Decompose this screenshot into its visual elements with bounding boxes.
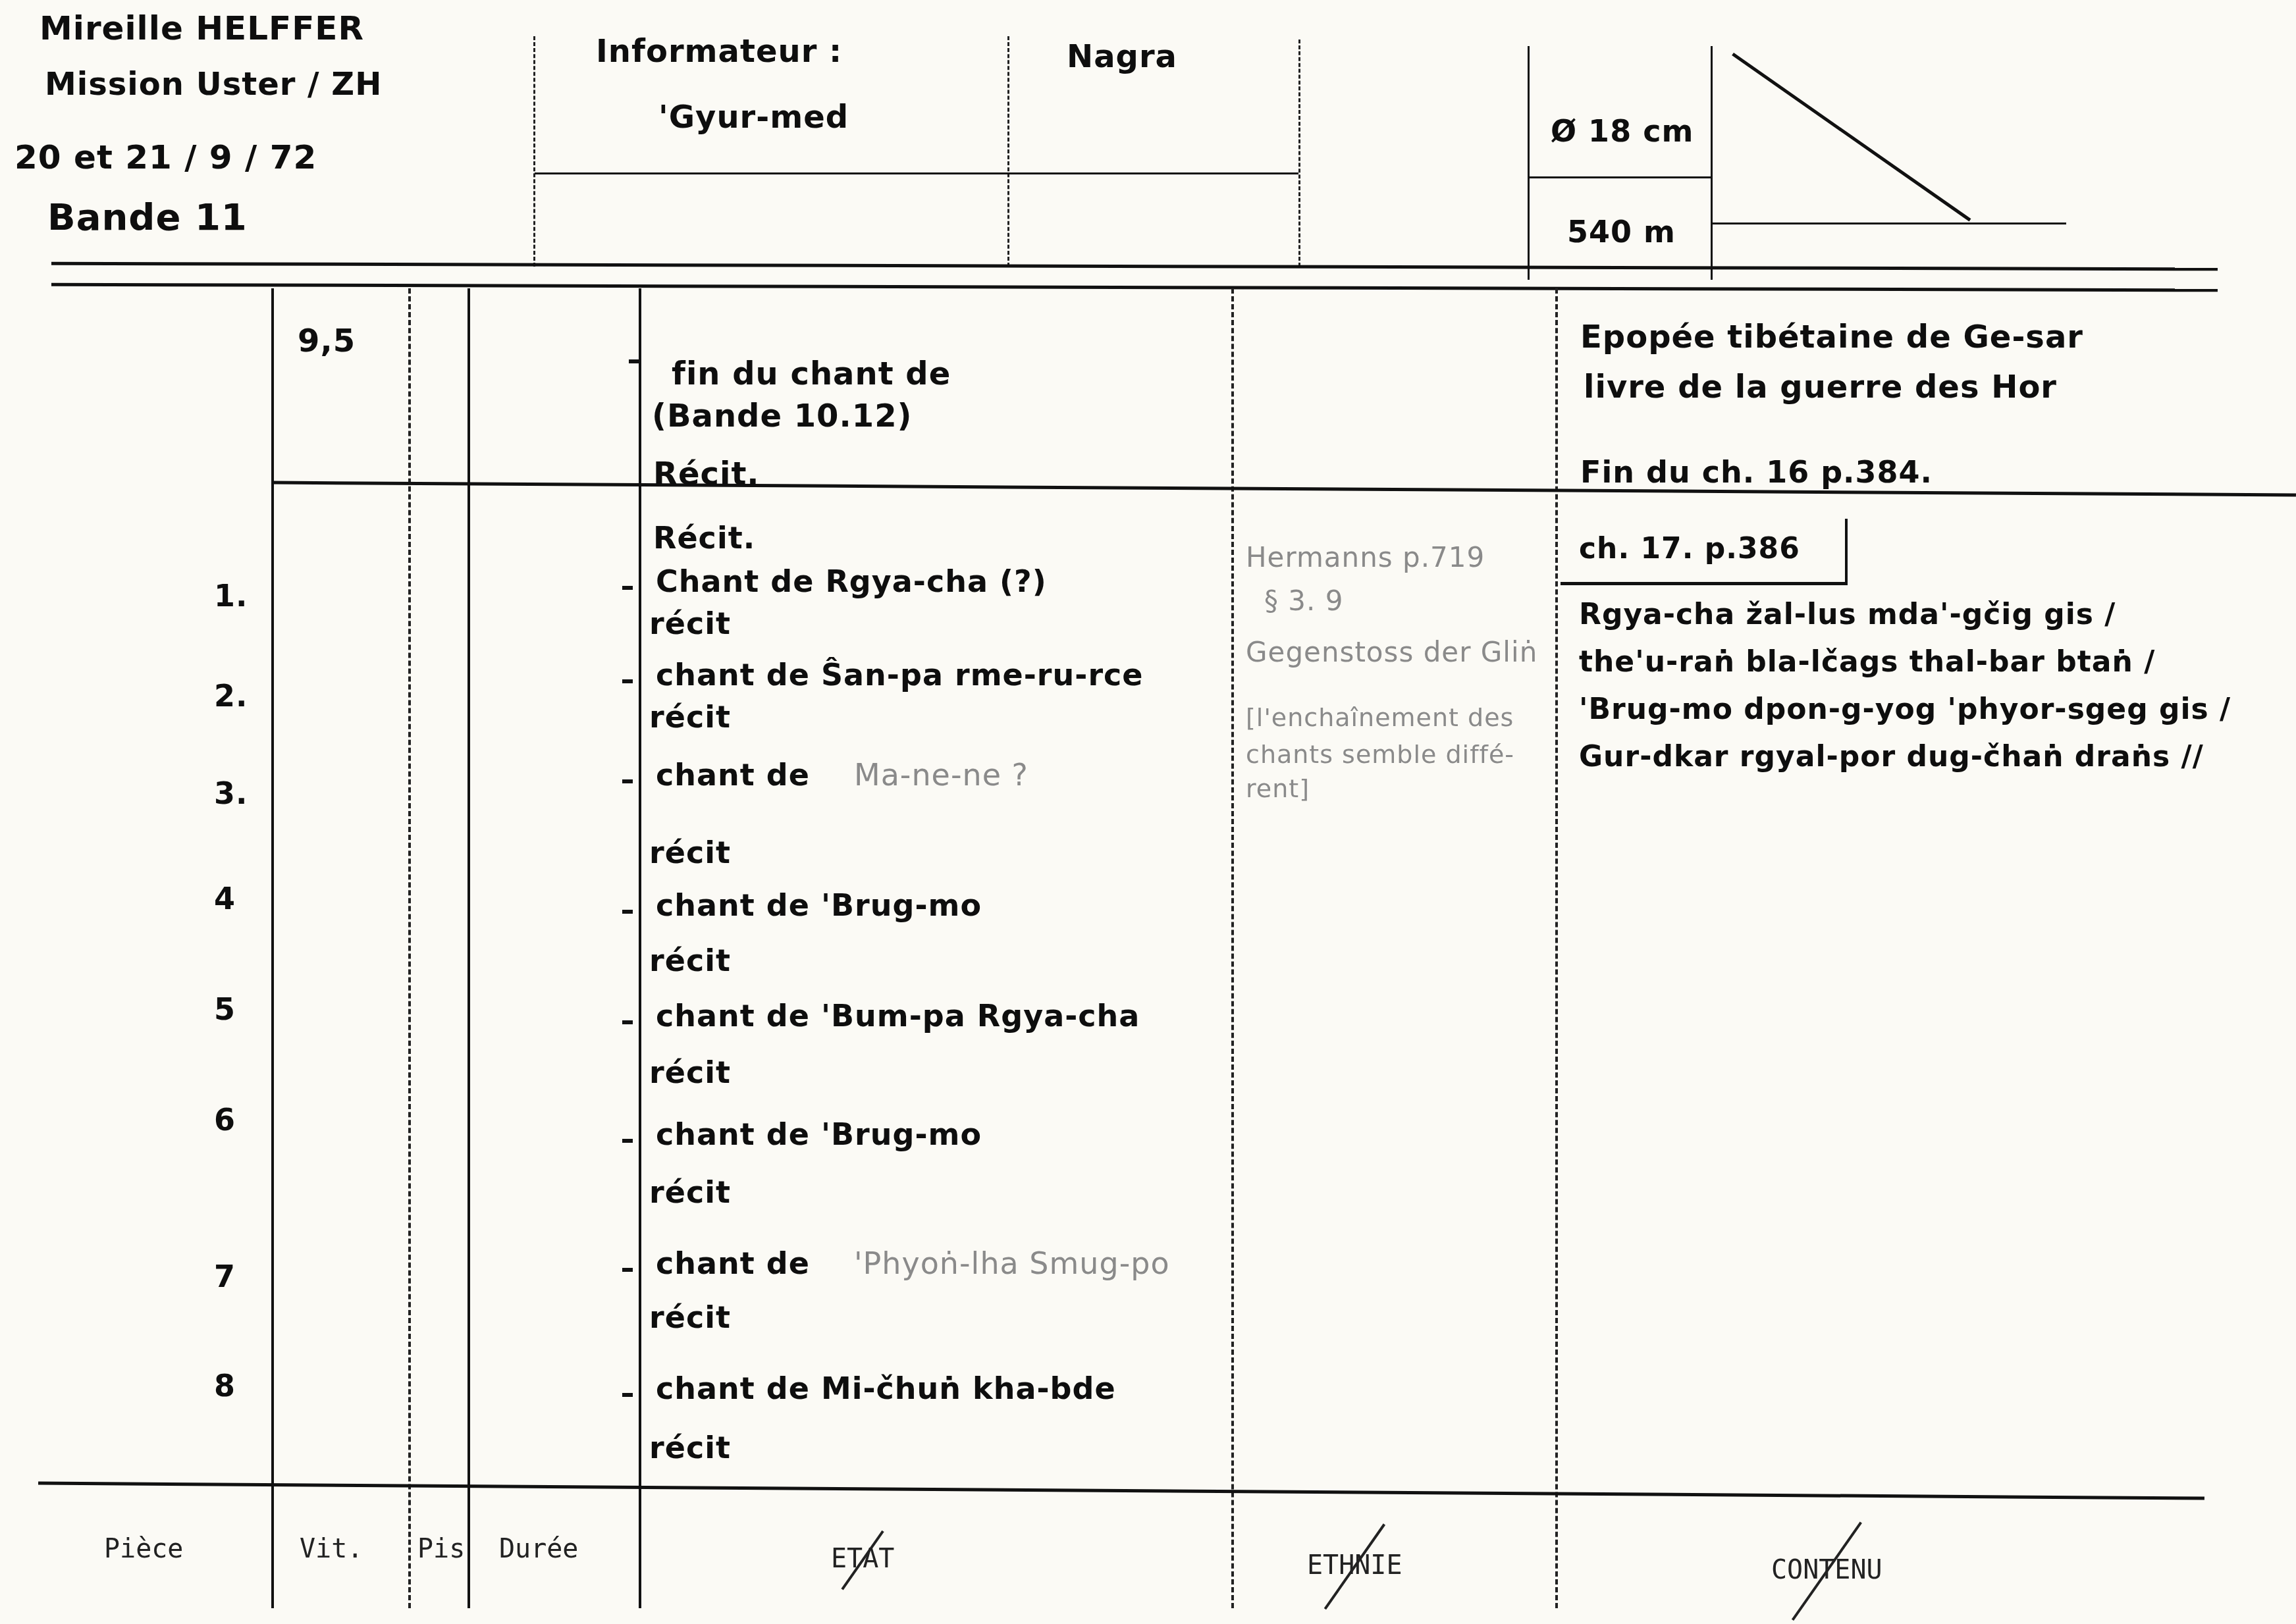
track-recit: récit bbox=[649, 606, 731, 641]
track-text: récit bbox=[649, 1055, 731, 1090]
track-text: chant de bbox=[656, 1245, 821, 1281]
tape-number: Bande 11 bbox=[47, 196, 248, 239]
reel-diameter: Ø 18 cm bbox=[1551, 113, 1694, 149]
footer-label-duration: Durée bbox=[499, 1534, 578, 1564]
track-text: récit bbox=[649, 1430, 731, 1465]
header-divider bbox=[1711, 46, 1713, 280]
entry-marker bbox=[622, 679, 633, 683]
track-text: chant de 'Brug-mo bbox=[656, 1116, 982, 1152]
footer-rule bbox=[38, 1482, 2204, 1500]
note-line: § 3. 9 bbox=[1264, 585, 1344, 617]
track-recit: récit bbox=[649, 835, 731, 870]
note-line: rent] bbox=[1246, 774, 1310, 803]
footer-label-track: Pis bbox=[417, 1534, 465, 1564]
track-recit: récit bbox=[649, 699, 731, 735]
piece-number: 7 bbox=[214, 1259, 236, 1294]
track-chant: chant de 'Phyoṅ-lha Smug-po bbox=[656, 1245, 1170, 1281]
struck-ethnie-label: ETHNIE bbox=[1307, 1550, 1402, 1581]
entry-marker bbox=[629, 359, 639, 363]
track-chant: chant de Ma-ne-ne ? bbox=[656, 757, 1028, 793]
entry-marker bbox=[622, 779, 633, 783]
header-divider bbox=[1007, 36, 1009, 267]
entry-marker bbox=[622, 910, 633, 914]
track-recit: récit bbox=[649, 1299, 731, 1335]
piece-number: 1. bbox=[214, 578, 248, 614]
content-chapter-end: Fin du ch. 16 p.384. bbox=[1580, 454, 1933, 490]
header-divider bbox=[533, 36, 535, 267]
piece-number: 8 bbox=[214, 1368, 236, 1403]
col-ethnie-divider bbox=[1555, 288, 1558, 1608]
piece-number: 6 bbox=[214, 1102, 236, 1138]
footer-label-piece: Pièce bbox=[104, 1534, 183, 1564]
track-text: récit bbox=[649, 1174, 731, 1210]
entry-marker bbox=[622, 1393, 633, 1397]
track-chant: chant de 'Brug-mo bbox=[656, 887, 982, 923]
track-pencil-note: 'Phyoṅ-lha Smug-po bbox=[854, 1245, 1170, 1281]
struck-state-label: ETAT bbox=[831, 1544, 894, 1574]
piece-number: 2. bbox=[214, 678, 248, 714]
track-text: récit bbox=[649, 699, 731, 735]
track-recit: récit bbox=[649, 1430, 731, 1465]
header-rule-bottom bbox=[51, 283, 2218, 292]
header-mid-line bbox=[1712, 223, 2066, 224]
header-divider bbox=[1528, 46, 1530, 280]
informant-name: 'Gyur-med bbox=[658, 99, 849, 136]
footer-label-speed: Vit. bbox=[300, 1534, 363, 1564]
piece-number: 3. bbox=[214, 775, 248, 811]
track-pencil-note: Ma-ne-ne ? bbox=[854, 757, 1028, 793]
col-track-divider bbox=[467, 288, 470, 1608]
first-block-line: fin du chant de bbox=[672, 355, 951, 392]
note-line: Gegenstoss der Gliṅ bbox=[1246, 636, 1537, 668]
col-speed-divider bbox=[408, 288, 411, 1608]
entry-marker bbox=[622, 586, 633, 590]
piece-number: 5 bbox=[214, 991, 236, 1027]
mission-name: Mission Uster / ZH bbox=[45, 66, 382, 103]
recording-date: 20 et 21 / 9 / 72 bbox=[14, 138, 317, 176]
recorder-model: Nagra bbox=[1067, 38, 1177, 75]
footer-label-ethnie: ETHNIE bbox=[1307, 1550, 1402, 1581]
track-chant: chant de Mi-čhuṅ kha-bde bbox=[656, 1371, 1116, 1406]
track-text: récit bbox=[649, 1299, 731, 1335]
track-text: chant de Ŝan-pa rme-ru-rce bbox=[656, 657, 1144, 693]
track-text: récit bbox=[649, 606, 731, 641]
col-piece-divider bbox=[271, 288, 274, 1608]
header-rule-top bbox=[51, 262, 2218, 271]
author-name: Mireille HELFFER bbox=[40, 9, 364, 47]
verse-line: Gur-dkar rgyal-por dug-čhaṅ draṅs // bbox=[1579, 740, 2204, 773]
track-text: chant de Mi-čhuṅ kha-bde bbox=[656, 1371, 1116, 1406]
speed-value: 9,5 bbox=[298, 323, 356, 359]
track-chant: Chant de Rgya-cha (?) bbox=[656, 563, 1047, 599]
piece-number: 4 bbox=[214, 881, 236, 916]
entry-marker bbox=[622, 1268, 633, 1272]
track-text: chant de bbox=[656, 757, 821, 793]
struck-content-label: CONTENU bbox=[1771, 1555, 1882, 1585]
informant-label: Informateur : bbox=[596, 33, 842, 70]
entry-marker bbox=[622, 1139, 633, 1143]
footer-label-content: CONTENU bbox=[1771, 1555, 1882, 1585]
content-subtitle: livre de la guerre des Hor bbox=[1584, 369, 2057, 406]
header-mid-line bbox=[535, 172, 1298, 174]
track-chant: chant de 'Bum-pa Rgya-cha bbox=[656, 998, 1140, 1034]
note-line: [l'enchaînement des bbox=[1246, 703, 1514, 732]
first-block-line: Récit. bbox=[653, 456, 760, 492]
track-recit: récit bbox=[649, 1174, 731, 1210]
note-line: Hermanns p.719 bbox=[1246, 541, 1485, 573]
track-recit: récit bbox=[649, 1055, 731, 1090]
track-recit: Récit. bbox=[653, 520, 755, 556]
track-recit: récit bbox=[649, 943, 731, 978]
block-separator bbox=[273, 481, 2296, 497]
chapter-reference: ch. 17. p.386 bbox=[1579, 532, 1800, 565]
verse-line: 'Brug-mo dpon-g-yog 'phyor-sgeg gis / bbox=[1579, 693, 2231, 726]
verse-line: Rgya-cha žal-lus mda'-gčig gis / bbox=[1579, 598, 2116, 631]
track-text: chant de 'Brug-mo bbox=[656, 887, 982, 923]
footer-label-state: ETAT bbox=[831, 1544, 894, 1574]
content-title: Epopée tibétaine de Ge-sar bbox=[1580, 319, 2083, 355]
note-line: chants semble diffé- bbox=[1246, 740, 1514, 769]
header-mid-line bbox=[1529, 176, 1711, 178]
header-divider bbox=[1298, 39, 1300, 267]
track-text: récit bbox=[649, 835, 731, 870]
corner-slash bbox=[1732, 53, 1971, 221]
track-chant: chant de Ŝan-pa rme-ru-rce bbox=[656, 657, 1144, 693]
verse-line: the'u-raṅ bla-lčags thal-bar btaṅ / bbox=[1579, 645, 2155, 679]
track-text: chant de 'Bum-pa Rgya-cha bbox=[656, 998, 1140, 1034]
track-text: Récit. bbox=[653, 520, 755, 556]
track-text: Chant de Rgya-cha (?) bbox=[656, 563, 1047, 599]
track-chant: chant de 'Brug-mo bbox=[656, 1116, 982, 1152]
entry-marker bbox=[622, 1020, 633, 1024]
tape-length: 540 m bbox=[1567, 214, 1676, 249]
first-block-line: (Bande 10.12) bbox=[652, 398, 912, 434]
track-text: récit bbox=[649, 943, 731, 978]
